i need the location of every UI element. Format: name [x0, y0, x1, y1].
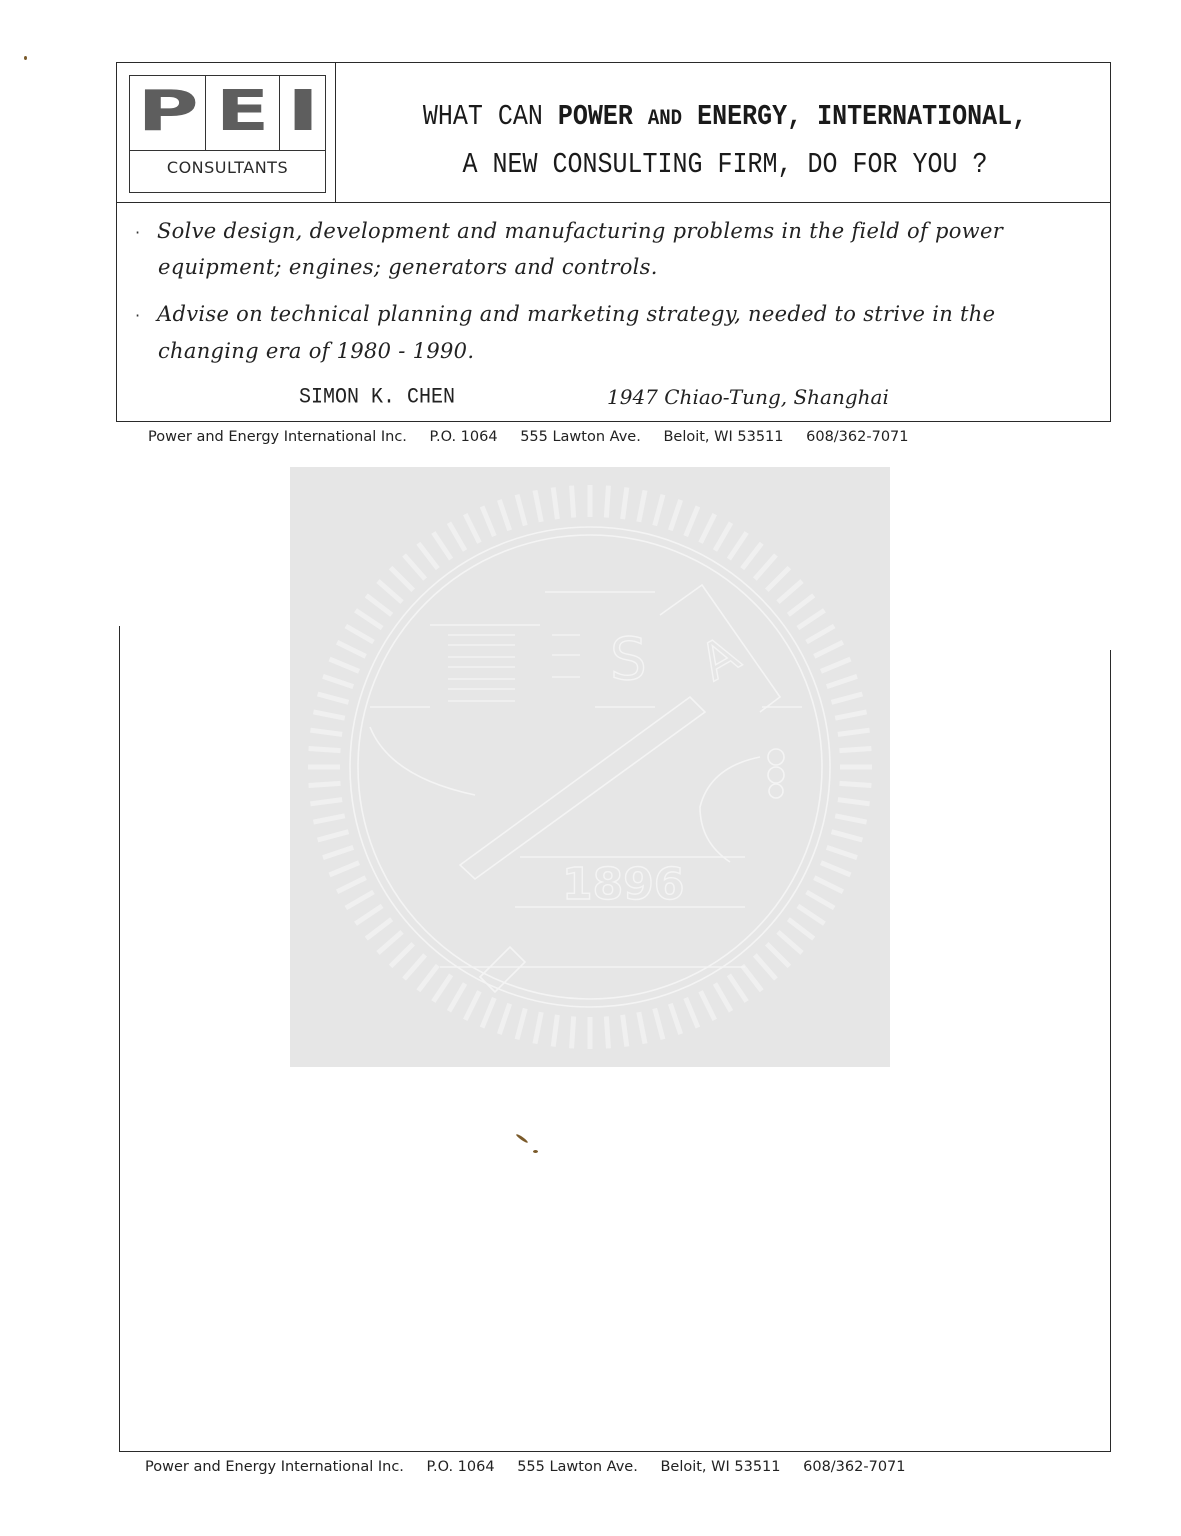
service-2-line-1: Advise on technical planning and marketi…: [157, 302, 995, 326]
headline-and: AND: [648, 106, 682, 131]
footer-street: 555 Lawton Ave.: [517, 1459, 638, 1475]
headline-company-b: ENERGY, INTERNATIONAL,: [682, 100, 1027, 133]
logo-subtitle: CONSULTANTS: [130, 158, 325, 177]
seal-letter-a: A: [690, 625, 749, 692]
bullet-icon: ·: [135, 223, 140, 242]
footer-po-box: P.O. 1064: [430, 429, 498, 445]
frame-bottom-border: [119, 1451, 1111, 1452]
paper-speck: [533, 1150, 538, 1153]
paper-speck: [24, 56, 27, 60]
header-divider: [116, 202, 1111, 203]
service-2-line-2: changing era of 1980 - 1990.: [158, 339, 474, 363]
logo-letter-i: I: [269, 84, 336, 140]
seal-letter-s: S: [610, 625, 647, 693]
service-1-line-2: equipment; engines; generators and contr…: [158, 255, 658, 279]
signature-name: SIMON K. CHEN: [299, 385, 455, 410]
footer-phone: 608/362-7071: [806, 429, 908, 445]
footer-company: Power and Energy International Inc.: [145, 1459, 404, 1475]
footer-bottom: Power and Energy International Inc. P.O.…: [145, 1459, 906, 1475]
seal-graphic: S A 1896: [290, 467, 890, 1067]
frame-right-border: [1110, 650, 1111, 1452]
headline-company-a: POWER: [558, 100, 648, 133]
logo-divider: [129, 150, 326, 151]
embossed-seal: S A 1896: [290, 467, 890, 1067]
headline-prefix: WHAT CAN: [423, 100, 558, 133]
footer-city: Beloit, WI 53511: [660, 1459, 780, 1475]
footer-city: Beloit, WI 53511: [663, 429, 783, 445]
seal-year: 1896: [562, 859, 684, 910]
footer-po-box: P.O. 1064: [427, 1459, 495, 1475]
footer-company: Power and Energy International Inc.: [148, 429, 407, 445]
signature-origin: 1947 Chiao-Tung, Shanghai: [607, 385, 889, 409]
frame-left-border: [119, 626, 120, 1452]
service-1-line-1: Solve design, development and manufactur…: [157, 219, 1003, 243]
headline-line-1: WHAT CAN POWER AND ENERGY, INTERNATIONAL…: [340, 100, 1110, 133]
headline-line-2: A NEW CONSULTING FIRM, DO FOR YOU ?: [340, 148, 1110, 181]
bullet-icon: ·: [135, 306, 140, 325]
footer-phone: 608/362-7071: [803, 1459, 905, 1475]
footer-top: Power and Energy International Inc. P.O.…: [148, 429, 909, 445]
footer-street: 555 Lawton Ave.: [520, 429, 641, 445]
paper-speck: [515, 1133, 528, 1143]
